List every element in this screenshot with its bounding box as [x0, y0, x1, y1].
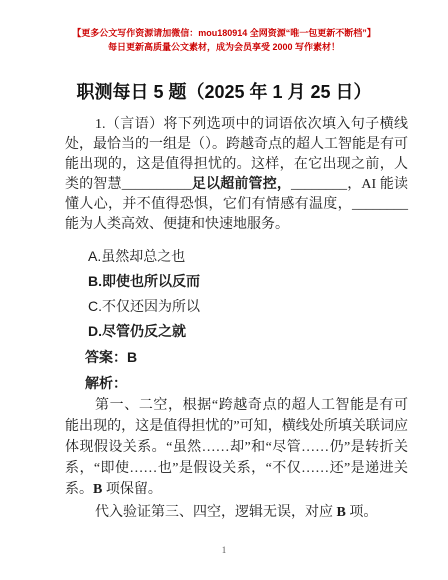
promo-notice: 【更多公文写作资源请加微信：mou180914 全网资源“唯一包更新不断档”】 … [0, 0, 448, 54]
promo-notice-line-1: 【更多公文写作资源请加微信：mou180914 全网资源“唯一包更新不断档”】 [0, 26, 448, 40]
analysis-paragraph-2: 代入验证第三、四空，逻辑无误，对应 B 项。 [65, 502, 408, 523]
option-c: C.不仅还因为所以 [88, 291, 408, 316]
analysis-p1-answer-letter: B [93, 482, 102, 497]
analysis-p2-answer-letter: B [337, 505, 346, 520]
document-page: 【更多公文写作资源请加微信：mou180914 全网资源“唯一包更新不断档”】 … [0, 0, 448, 580]
analysis-p2-text: 代入验证第三、四空，逻辑无误，对应 [95, 505, 337, 520]
page-number: 1 [0, 545, 448, 555]
analysis-p1-tail: 项保留。 [102, 482, 162, 497]
options-list: A.虽然却总之也 B.即使也所以反而 C.不仅还因为所以 D.尽管仍反之就 [65, 241, 408, 341]
promo-notice-line-2: 每日更新高质量公文素材，成为会员享受 2000 写作素材！ [0, 40, 448, 54]
option-b-label: B. [88, 273, 102, 289]
option-c-text: 不仅还因为所以 [102, 298, 200, 314]
blank-line-3: ________ [352, 197, 408, 212]
document-content: 1.（言语）将下列选项中的词语依次填入句子横线处，最恰当的一组是（）。跨越奇点的… [0, 115, 448, 523]
option-c-label: C. [88, 298, 102, 314]
blank-line-1: __________ [122, 177, 192, 192]
option-a-text: 虽然却总之也 [101, 248, 185, 264]
option-b-text: 即使也所以反而 [102, 273, 200, 289]
question-text: 1.（言语）将下列选项中的词语依次填入句子横线处，最恰当的一组是（）。跨越奇点的… [65, 115, 408, 235]
question-bold-phrase: 足以超前管控， [192, 177, 291, 192]
question-tail: 能为人类高效、便捷和快速地服务。 [65, 217, 289, 232]
option-d: D.尽管仍反之就 [88, 316, 408, 341]
blank-line-2: ________ [291, 177, 347, 192]
option-b: B.即使也所以反而 [88, 266, 408, 291]
page-title: 职测每日 5 题（2025 年 1 月 25 日） [0, 81, 448, 103]
analysis-paragraph-1: 第一、二空，根据“跨越奇点的超人工智能是有可能出现的，这是值得担忧的”可知，横线… [65, 395, 408, 500]
analysis-p2-tail: 项。 [346, 505, 378, 520]
answer-line: 答案：B [85, 341, 408, 367]
option-a: A.虽然却总之也 [88, 241, 408, 266]
option-a-label: A. [88, 248, 101, 264]
option-d-label: D. [88, 323, 102, 339]
analysis-heading: 解析： [85, 367, 408, 393]
option-d-text: 尽管仍反之就 [102, 323, 186, 339]
